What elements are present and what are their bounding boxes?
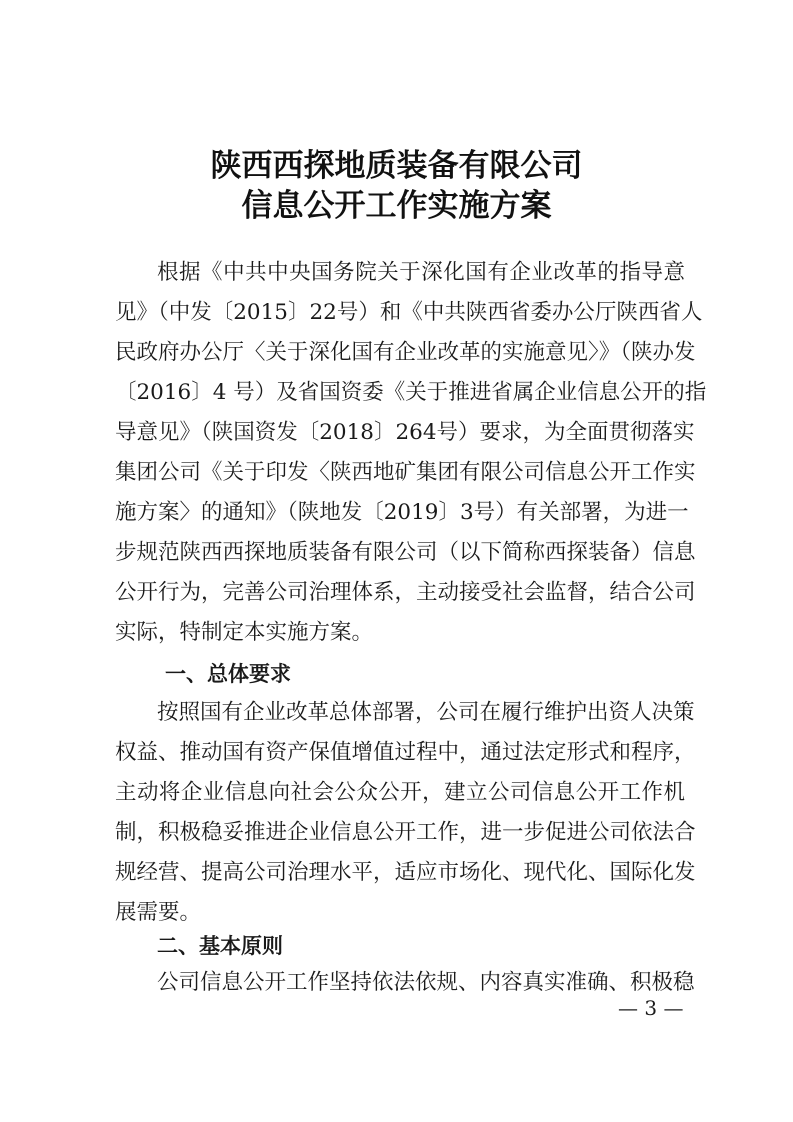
paragraph-line: 民政府办公厅〈关于深化国有企业改革的实施意见〉》（陕办发 [115,338,685,368]
paragraph-line: 步规范陕西西探地质装备有限公司（以下简称西探装备）信息 [115,538,685,568]
paragraph-line: 展需要。 [115,898,685,928]
section-heading-overall-requirements: 一、总体要求 [165,658,291,688]
paragraph-line: 实际，特制定本实施方案。 [115,618,685,648]
page-number: — 3 — [618,996,683,1020]
paragraph-line: 见》（中发〔2015〕22号）和《中共陕西省委办公厅陕西省人 [115,298,685,328]
paragraph-line: 主动将企业信息向社会公众公开，建立公司信息公开工作机 [115,778,685,808]
section-heading-basic-principles: 二、基本原则 [157,930,283,960]
paragraph-line: 导意见》（陕国资发〔2018〕264号）要求，为全面贯彻落实 [115,418,685,448]
paragraph-line: 公司信息公开工作坚持依法依规、内容真实准确、积极稳 [157,968,685,998]
paragraph-line: 制，积极稳妥推进企业信息公开工作，进一步促进公司依法合 [115,818,685,848]
paragraph-line: 规经营、提高公司治理水平，适应市场化、现代化、国际化发 [115,858,685,888]
paragraph-line: 施方案〉的通知》（陕地发〔2019〕3号）有关部署，为进一 [115,498,685,528]
paragraph-line: 根据《中共中央国务院关于深化国有企业改革的指导意 [157,258,685,288]
paragraph-line: 集团公司《关于印发〈陕西地矿集团有限公司信息公开工作实 [115,458,685,488]
paragraph-line: 公开行为，完善公司治理体系，主动接受社会监督，结合公司 [115,578,685,608]
paragraph-line: 按照国有企业改革总体部署，公司在履行维护出资人决策 [157,698,685,728]
paragraph-line: 权益、推动国有资产保值增值过程中，通过法定形式和程序， [115,738,685,768]
document-title-line-1: 陕西西探地质装备有限公司 [0,140,793,185]
document-title-line-2: 信息公开工作实施方案 [0,180,793,225]
paragraph-line: 〔2016〕4 号）及省国资委《关于推进省属企业信息公开的指 [115,378,685,408]
